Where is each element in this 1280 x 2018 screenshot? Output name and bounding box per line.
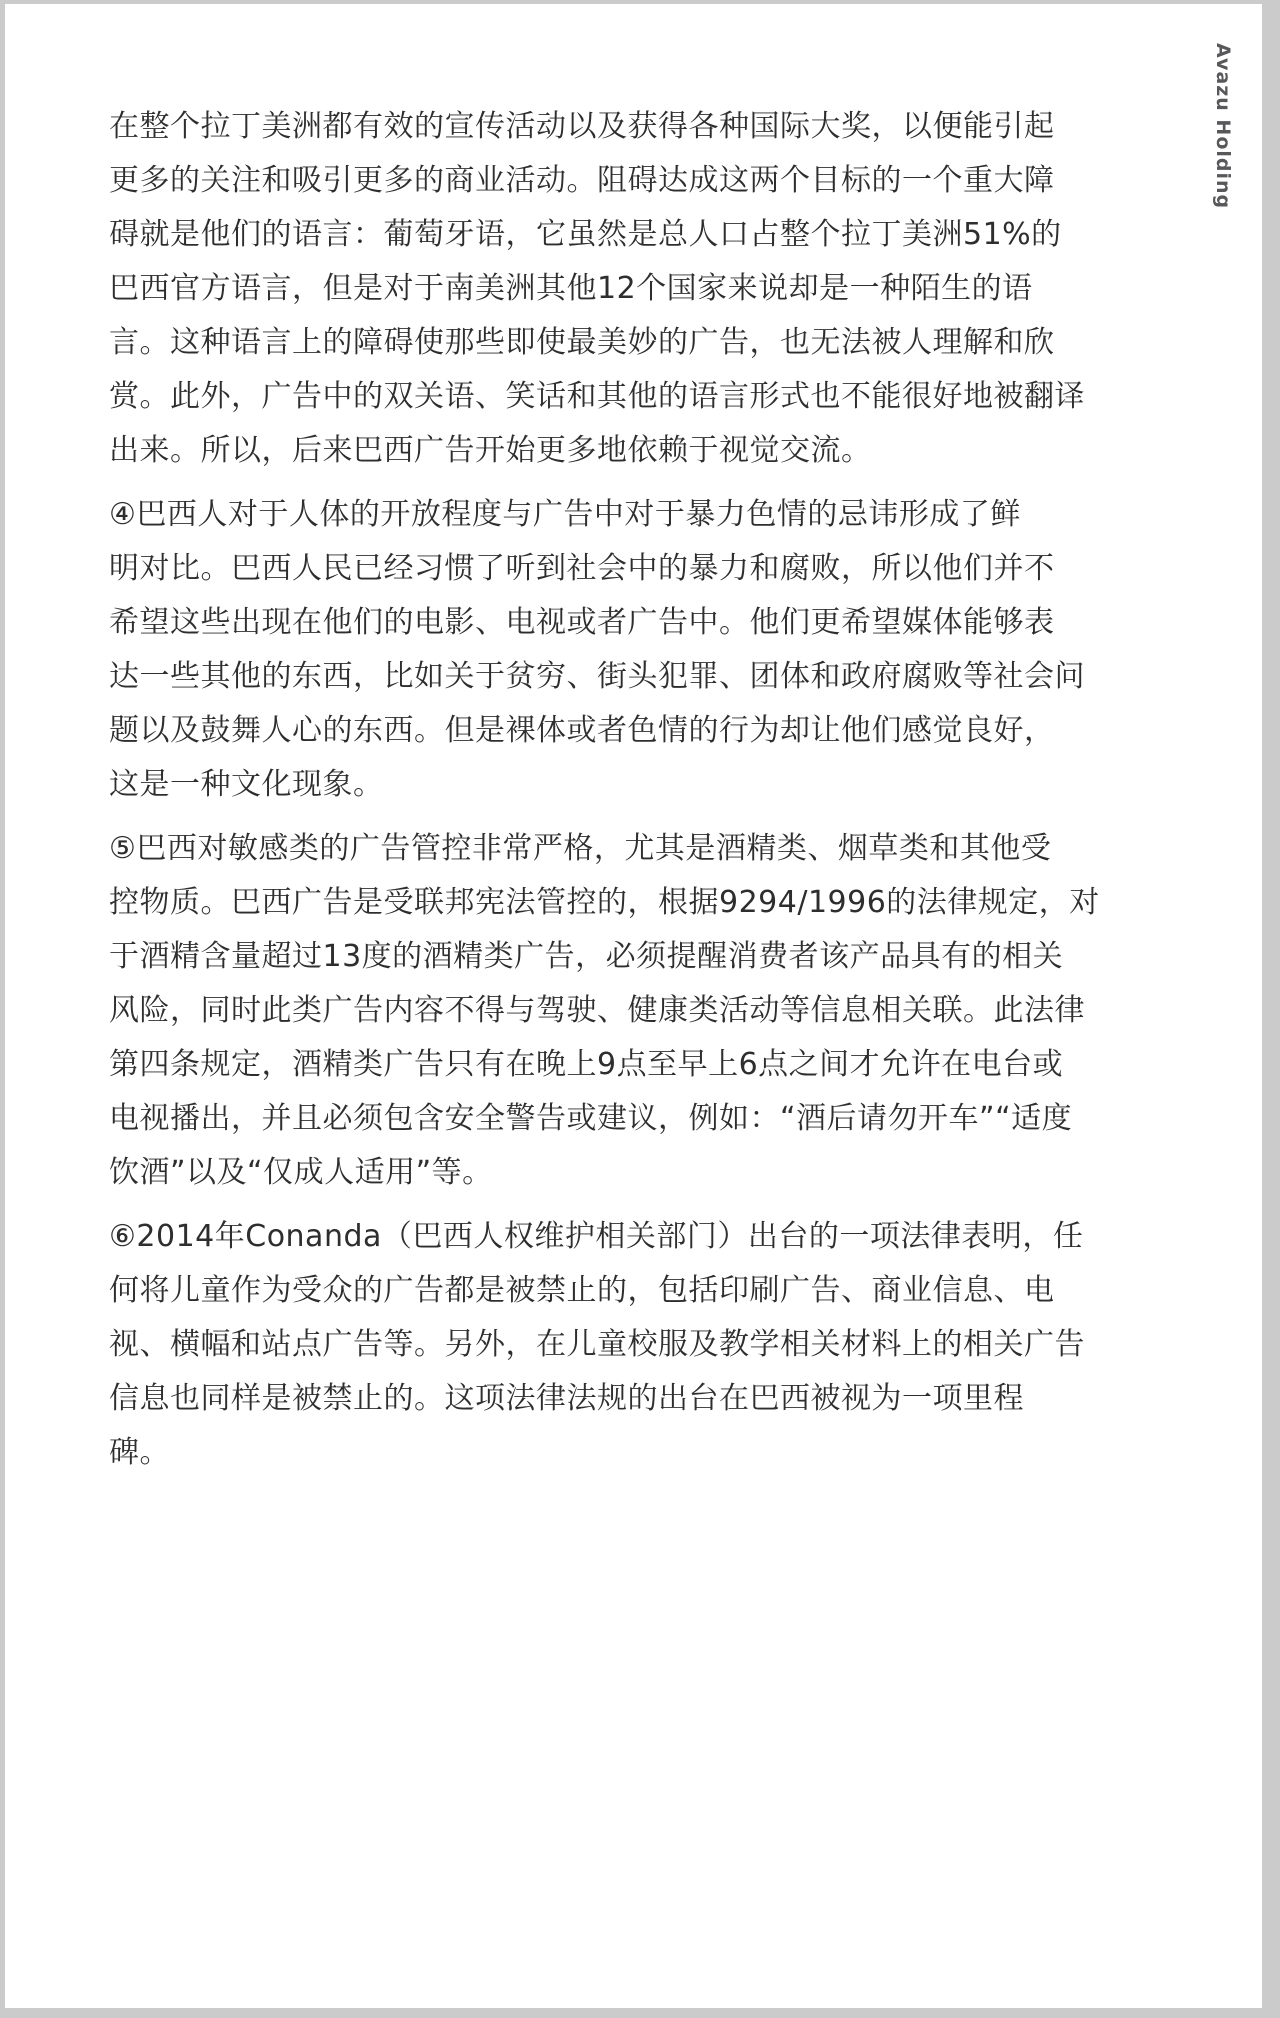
text-line: 信息也同样是被禁止的。这项法律法规的出台在巴西被视为一项里程 xyxy=(109,1372,1226,1426)
text-line: 题以及鼓舞人心的东西。但是裸体或者色情的行为却让他们感觉良好， xyxy=(109,704,1226,758)
brand-watermark: Avazu Holding xyxy=(1212,43,1234,209)
text-line: 明对比。巴西人民已经习惯了听到社会中的暴力和腐败，所以他们并不 xyxy=(109,542,1226,596)
paragraph: ④巴西人对于人体的开放程度与广告中对于暴力色情的忌讳形成了鲜 明对比。巴西人民已… xyxy=(109,488,1226,812)
text-line: 何将儿童作为受众的广告都是被禁止的，包括印刷广告、商业信息、电 xyxy=(109,1264,1226,1318)
document-viewport: Avazu Holding 在整个拉丁美洲都有效的宣传活动以及获得各种国际大奖，… xyxy=(0,0,1280,2018)
text-line: 碑。 xyxy=(109,1426,1226,1480)
text-line: 赏。此外，广告中的双关语、笑话和其他的语言形式也不能很好地被翻译 xyxy=(109,370,1226,424)
paragraph: ⑥2014年Conanda（巴西人权维护相关部门）出台的一项法律表明，任 何将儿… xyxy=(109,1210,1226,1480)
text-line: ⑤巴西对敏感类的广告管控非常严格，尤其是酒精类、烟草类和其他受 xyxy=(109,822,1226,876)
text-line: 于酒精含量超过13度的酒精类广告，必须提醒消费者该产品具有的相关 xyxy=(109,930,1226,984)
text-line: 电视播出，并且必须包含安全警告或建议，例如：“酒后请勿开车”“适度 xyxy=(109,1092,1226,1146)
text-line: 达一些其他的东西，比如关于贫穷、街头犯罪、团体和政府腐败等社会问 xyxy=(109,650,1226,704)
text-line: 这是一种文化现象。 xyxy=(109,758,1226,812)
text-line: 希望这些出现在他们的电影、电视或者广告中。他们更希望媒体能够表 xyxy=(109,596,1226,650)
paragraph: ⑤巴西对敏感类的广告管控非常严格，尤其是酒精类、烟草类和其他受 控物质。巴西广告… xyxy=(109,822,1226,1200)
text-line: 风险，同时此类广告内容不得与驾驶、健康类活动等信息相关联。此法律 xyxy=(109,984,1226,1038)
text-line: 视、横幅和站点广告等。另外，在儿童校服及教学相关材料上的相关广告 xyxy=(109,1318,1226,1372)
text-line: 在整个拉丁美洲都有效的宣传活动以及获得各种国际大奖，以便能引起 xyxy=(109,100,1226,154)
text-line: 出来。所以，后来巴西广告开始更多地依赖于视觉交流。 xyxy=(109,424,1226,478)
text-line: 第四条规定，酒精类广告只有在晚上9点至早上6点之间才允许在电台或 xyxy=(109,1038,1226,1092)
text-line: 饮酒”以及“仅成人适用”等。 xyxy=(109,1146,1226,1200)
text-line: 更多的关注和吸引更多的商业活动。阻碍达成这两个目标的一个重大障 xyxy=(109,154,1226,208)
text-line: 碍就是他们的语言：葡萄牙语，它虽然是总人口占整个拉丁美洲51%的 xyxy=(109,208,1226,262)
text-line: 控物质。巴西广告是受联邦宪法管控的，根据9294/1996的法律规定，对 xyxy=(109,876,1226,930)
text-line: 言。这种语言上的障碍使那些即使最美妙的广告，也无法被人理解和欣 xyxy=(109,316,1226,370)
document-page: Avazu Holding 在整个拉丁美洲都有效的宣传活动以及获得各种国际大奖，… xyxy=(5,4,1262,2008)
text-line: ④巴西人对于人体的开放程度与广告中对于暴力色情的忌讳形成了鲜 xyxy=(109,488,1226,542)
document-body: 在整个拉丁美洲都有效的宣传活动以及获得各种国际大奖，以便能引起 更多的关注和吸引… xyxy=(5,4,1262,1480)
text-line: ⑥2014年Conanda（巴西人权维护相关部门）出台的一项法律表明，任 xyxy=(109,1210,1226,1264)
paragraph: 在整个拉丁美洲都有效的宣传活动以及获得各种国际大奖，以便能引起 更多的关注和吸引… xyxy=(109,100,1226,478)
text-line: 巴西官方语言，但是对于南美洲其他12个国家来说却是一种陌生的语 xyxy=(109,262,1226,316)
